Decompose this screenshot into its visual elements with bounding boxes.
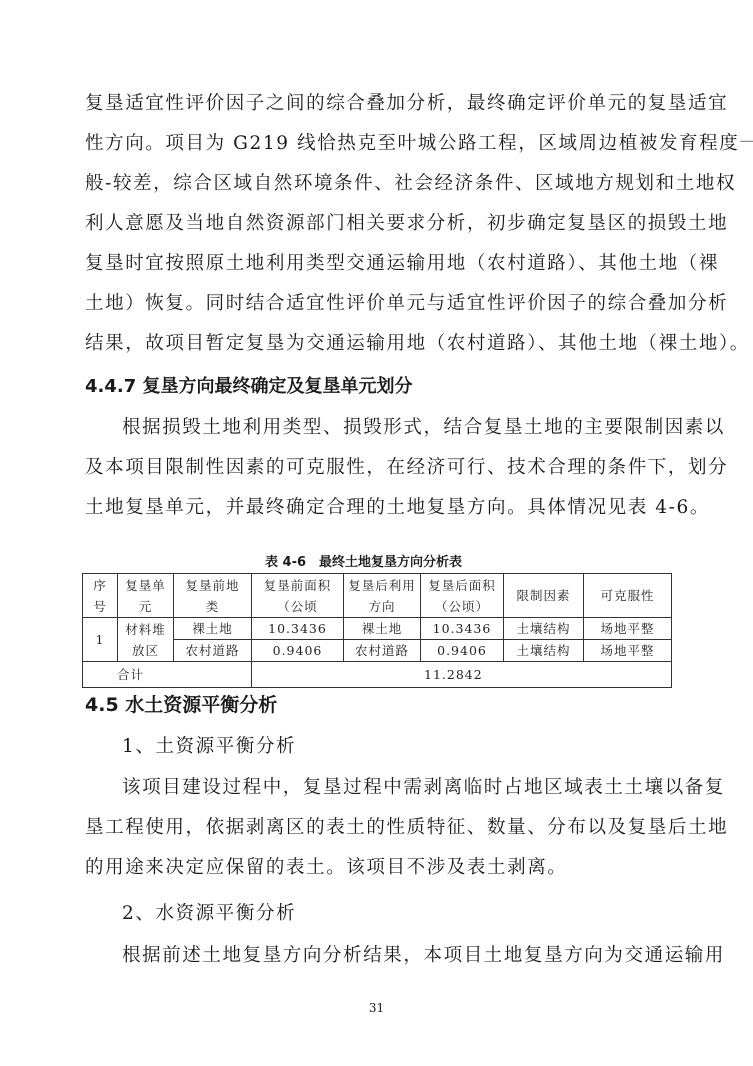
subheading: 2、水资源平衡分析 [122,902,712,926]
subheading: 1、土资源平衡分析 [122,735,712,759]
total-value: 11.2842 [252,662,672,688]
body-text-line: 结果，故项目暂定复垦为交通运输用地（农村道路）、其他土地（裸土地）。 [85,332,675,356]
cell: 裸土地 [344,618,421,640]
page-number: 31 [0,1001,753,1015]
cell: 农村道路 [174,640,252,662]
body-text-line: 复垦适宜性评价因子之间的综合叠加分析，最终确定评价单元的复垦适宜 [85,92,675,116]
section-heading-4-5: 4.5 水土资源平衡分析 [85,690,277,717]
body-text-line: 般-较差，综合区域自然环境条件、社会经济条件、区域地方规划和土地权 [85,172,675,196]
body-text-line: 根据前述土地复垦方向分析结果，本项目土地复垦方向为交通运输用 [122,944,712,968]
cell: 裸土地 [174,618,252,640]
table-header-row: 序号 复垦单元 复垦前地类 复垦前面积（公顷 复垦后利用方向 复垦后面积（公顷）… [83,574,672,618]
header-cell: 复垦后利用方向 [344,574,421,618]
cell: 农村道路 [344,640,421,662]
body-text-line: 复垦时宜按照原土地利用类型交通运输用地（农村道路）、其他土地（裸 [85,252,675,276]
header-cell: 复垦前地类 [174,574,252,618]
cell: 0.9406 [421,640,504,662]
table-row: 1 材料堆放区 裸土地 10.3436 裸土地 10.3436 土壤结构 场地平… [83,618,672,640]
cell: 0.9406 [252,640,344,662]
cell: 土壤结构 [504,618,584,640]
header-cell: 复垦单元 [118,574,174,618]
header-cell: 可克服性 [584,574,672,618]
header-cell: 限制因素 [504,574,584,618]
body-text-line: 性方向。项目为 G219 线恰热克至叶城公路工程，区域周边植被发育程度一 [85,132,675,156]
cell: 土壤结构 [504,640,584,662]
table-total-row: 合计 11.2842 [83,662,672,688]
body-text-line: 的用途来决定应保留的表土。该项目不涉及表土剥离。 [85,856,675,880]
cell: 场地平整 [584,640,672,662]
body-text-line: 土地）恢复。同时结合适宜性评价单元与适宜性评价因子的综合叠加分析 [85,292,675,316]
body-text-line: 土地复垦单元，并最终确定合理的土地复垦方向。具体情况见表 4-6。 [85,496,675,520]
cell: 10.3436 [421,618,504,640]
table-caption: 表 4-6 最终土地复垦方向分析表 [265,551,462,570]
header-cell: 复垦前面积（公顷 [252,574,344,618]
header-cell: 序号 [83,574,118,618]
body-text-line: 垦工程使用，依据剥离区的表土的性质特征、数量、分布以及复垦后土地 [85,816,675,840]
total-label: 合计 [83,662,252,688]
body-text-line: 及本项目限制性因素的可克服性，在经济可行、技术合理的条件下，划分 [85,456,675,480]
body-text-line: 该项目建设过程中，复垦过程中需剥离临时占地区域表土土壤以备复 [122,776,712,800]
unit-cell: 材料堆放区 [118,618,174,662]
reclamation-direction-table: 序号 复垦单元 复垦前地类 复垦前面积（公顷 复垦后利用方向 复垦后面积（公顷）… [82,573,672,688]
body-text-line: 利人意愿及当地自然资源部门相关要求分析，初步确定复垦区的损毁土地 [85,212,675,236]
cell: 10.3436 [252,618,344,640]
index-cell: 1 [83,618,118,662]
header-cell: 复垦后面积（公顷） [421,574,504,618]
section-heading-4-4-7: 4.4.7 复垦方向最终确定及复垦单元划分 [85,372,413,398]
cell: 场地平整 [584,618,672,640]
body-text-line: 根据损毁土地利用类型、损毁形式，结合复垦土地的主要限制因素以 [122,416,712,440]
